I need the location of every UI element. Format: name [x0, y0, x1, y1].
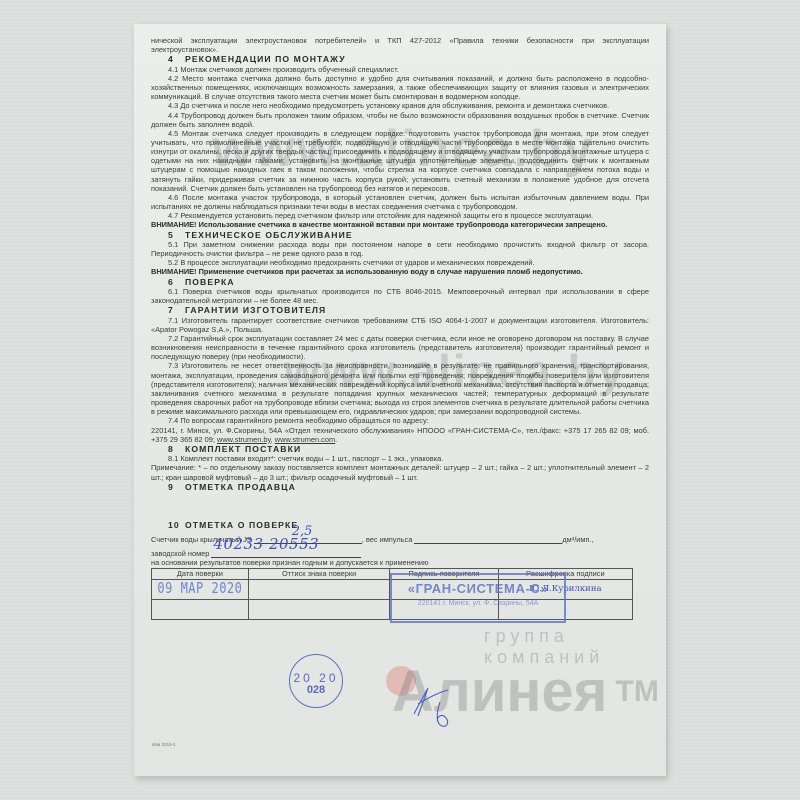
- section-7-heading: 7ГАРАНТИИ ИЗГОТОВИТЕЛЯ: [151, 305, 649, 315]
- para-4-6: 4.6 После монтажа участок трубопровода, …: [151, 193, 649, 211]
- para-4-2: 4.2 Место монтажа счетчика должно быть д…: [151, 74, 649, 101]
- seller-mark-area: [151, 492, 649, 520]
- para-4-1: 4.1 Монтаж счетчиков должен производить …: [151, 65, 649, 74]
- para-4-3: 4.3 До счетчика и после него необходимо …: [151, 101, 649, 110]
- cell-mark[interactable]: [248, 599, 390, 619]
- col-mark-header: Оттиск знака поверки: [248, 568, 390, 579]
- para-5-2: 5.2 В процессе эксплуатации необходимо п…: [151, 258, 649, 267]
- intro-continuation: нической эксплуатации электроустановок п…: [151, 36, 649, 54]
- cell-date[interactable]: 09 МАР 2020: [152, 579, 249, 599]
- para-5-1: 5.1 При заметном снижении расхода воды п…: [151, 240, 649, 258]
- impulse-unit: дм³/имп.,: [562, 534, 593, 543]
- col-date-header: Дата поверки: [152, 568, 249, 579]
- para-6-1: 6.1 Поверка счетчиков воды крыльчатых пр…: [151, 287, 649, 305]
- warning-mounting: ВНИМАНИЕ! Использование счетчика в качес…: [151, 220, 649, 229]
- seller-stamp: «ГРАН-СИСТЕМА-С» 220141 г. Минск, ул. Ф.…: [390, 573, 566, 623]
- para-7-1: 7.1 Изготовитель гарантирует соответстви…: [151, 316, 649, 334]
- para-4-5: 4.5 Монтаж счетчика следует производить …: [151, 129, 649, 193]
- verification-stamp: 20 20 028: [289, 654, 343, 708]
- verifier-signature: [406, 684, 466, 734]
- section-4-heading: 4РЕКОМЕНДАЦИИ ПО МОНТАЖУ: [151, 54, 649, 64]
- warning-seals: ВНИМАНИЕ! Применение счетчиков при расче…: [151, 267, 649, 276]
- serial-label: заводской номер: [151, 548, 209, 557]
- serial-field[interactable]: 40233 20553: [211, 548, 361, 558]
- section-6-heading: 6ПОВЕРКА: [151, 277, 649, 287]
- service-address: 220141, г. Минск, ул. Ф.Скорины, 54А «От…: [151, 426, 649, 444]
- para-4-7: 4.7 Рекомендуется установить перед счетч…: [151, 211, 649, 220]
- delivery-note: Примечание: * – по отдельному заказу пос…: [151, 463, 649, 481]
- para-4-4: 4.4 Трубопровод должен быть проложен так…: [151, 111, 649, 129]
- section-10-heading: 10ОТМЕТКА О ПОВЕРКЕ: [151, 520, 649, 530]
- cell-mark[interactable]: [248, 579, 390, 599]
- section-9-heading: 9ОТМЕТКА ПРОДАВЦА: [151, 482, 649, 492]
- impulse-label: , вес импульса: [362, 534, 413, 543]
- para-7-4: 7.4 По вопросам гарантийного ремонта нео…: [151, 416, 649, 425]
- link-strumen-by[interactable]: www.strumen.by: [217, 435, 271, 444]
- passport-page: www.alinea.by www.alinea.by нической экс…: [134, 24, 666, 776]
- para-8-1: 8.1 Комплект поставки входит*: счетчик в…: [151, 454, 649, 463]
- cell-date[interactable]: [152, 599, 249, 619]
- document-body: нической эксплуатации электроустановок п…: [151, 36, 649, 620]
- section-8-heading: 8КОМПЛЕКТ ПОСТАВКИ: [151, 444, 649, 454]
- section-5-heading: 5ТЕХНИЧЕСКОЕ ОБСЛУЖИВАНИЕ: [151, 230, 649, 240]
- serial-value: 40233 20553: [213, 540, 319, 549]
- impulse-weight-field[interactable]: [414, 534, 562, 544]
- para-7-2: 7.2 Гарантийный срок эксплуатации состав…: [151, 334, 649, 361]
- revision-code: Изм 2019-1: [152, 742, 176, 747]
- serial-line: заводской номер 40233 20553: [151, 548, 649, 560]
- link-strumen-com[interactable]: www.strumen.com: [275, 435, 335, 444]
- para-7-3: 7.3 Изготовитель не несет ответственност…: [151, 361, 649, 416]
